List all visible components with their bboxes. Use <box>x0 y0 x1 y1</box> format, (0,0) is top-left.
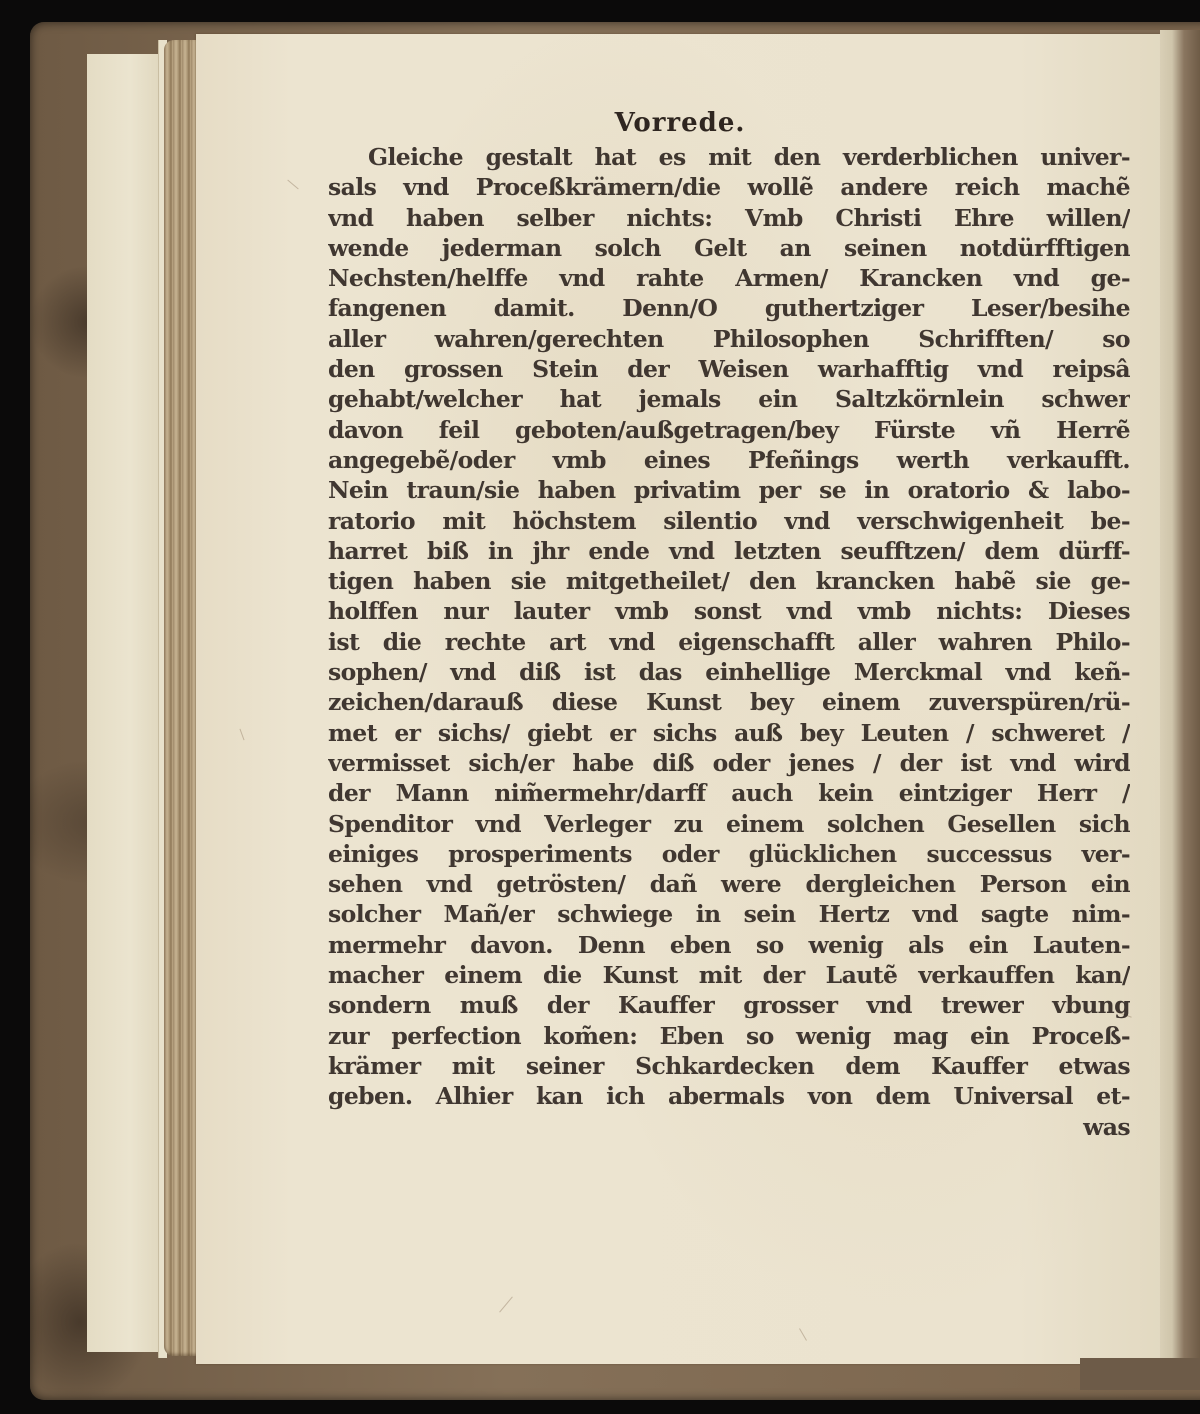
body-text: Gleiche gestalt hat es mit den verderbli… <box>328 142 1130 1142</box>
text-line: Nechsten/helffe vnd rahte Armen/ Krancke… <box>328 263 1130 293</box>
text-line: met er sichs/ giebt er sichs auß bey Leu… <box>328 718 1130 748</box>
text-line: Nein traun/sie haben privatim per se in … <box>328 475 1130 505</box>
text-line: Spenditor vnd Verleger zu einem solchen … <box>328 809 1130 839</box>
text-line: mermehr davon. Denn eben so wenig als ei… <box>328 930 1130 960</box>
text-line: davon feil geboten/außgetragen/bey Fürst… <box>328 415 1130 445</box>
text-line: einiges prosperiments oder glücklichen s… <box>328 839 1130 869</box>
text-line: vermisset sich/er habe diß oder jenes / … <box>328 748 1130 778</box>
right-page-margin-gutter <box>1160 30 1200 1380</box>
text-line: solcher Mañ/er schwiege in sein Hertz vn… <box>328 899 1130 929</box>
text-line: aller wahren/gerechten Philosophen Schri… <box>328 324 1130 354</box>
running-head: Vorrede. <box>196 108 1164 138</box>
text-line: macher einem die Kunst mit der Lautẽ ver… <box>328 960 1130 990</box>
text-line: sondern muß der Kauffer grosser vnd trew… <box>328 990 1130 1020</box>
text-line: sophen/ vnd diß ist das einhellige Merck… <box>328 657 1130 687</box>
spine-tailband <box>1080 1358 1200 1390</box>
text-line: wende jederman solch Gelt an seinen notd… <box>328 233 1130 263</box>
text-line: den grossen Stein der Weisen warhafftig … <box>328 354 1130 384</box>
text-line: zeichen/darauß diese Kunst bey einem zuv… <box>328 687 1130 717</box>
text-line: ratorio mit höchstem silentio vnd versch… <box>328 506 1130 536</box>
text-line: vnd haben selber nichts: Vmb Christi Ehr… <box>328 203 1130 233</box>
text-line: ist die rechte art vnd eigenschafft alle… <box>328 627 1130 657</box>
text-line: sals vnd Proceßkrämern/die wollẽ andere … <box>328 172 1130 202</box>
text-line: krämer mit seiner Schkardecken dem Kauff… <box>328 1051 1130 1081</box>
text-line: sehen vnd getrösten/ dañ were dergleiche… <box>328 869 1130 899</box>
text-line: gehabt/welcher hat jemals ein Saltzkörnl… <box>328 384 1130 414</box>
text-line: holffen nur lauter vmb sonst vnd vmb nic… <box>328 596 1130 626</box>
text-line: harret biß in jhr ende vnd letzten seuff… <box>328 536 1130 566</box>
catchword: was <box>328 1112 1130 1142</box>
text-line: angegebẽ/oder vmb eines Pfeñings werth v… <box>328 445 1130 475</box>
page-edges-stack <box>164 40 200 1356</box>
text-line: Gleiche gestalt hat es mit den verderbli… <box>328 142 1130 172</box>
text-line: fangenen damit. Denn/O guthertziger Lese… <box>328 293 1130 323</box>
text-line: der Mann nim̃ermehr/darff auch kein eint… <box>328 778 1130 808</box>
text-line: zur perfection kom̃en: Eben so wenig mag… <box>328 1021 1130 1051</box>
text-line: tigen haben sie mitgetheilet/ den kranck… <box>328 566 1130 596</box>
flyleaf <box>87 54 159 1352</box>
text-line: geben. Alhier kan ich abermals von dem U… <box>328 1081 1130 1111</box>
